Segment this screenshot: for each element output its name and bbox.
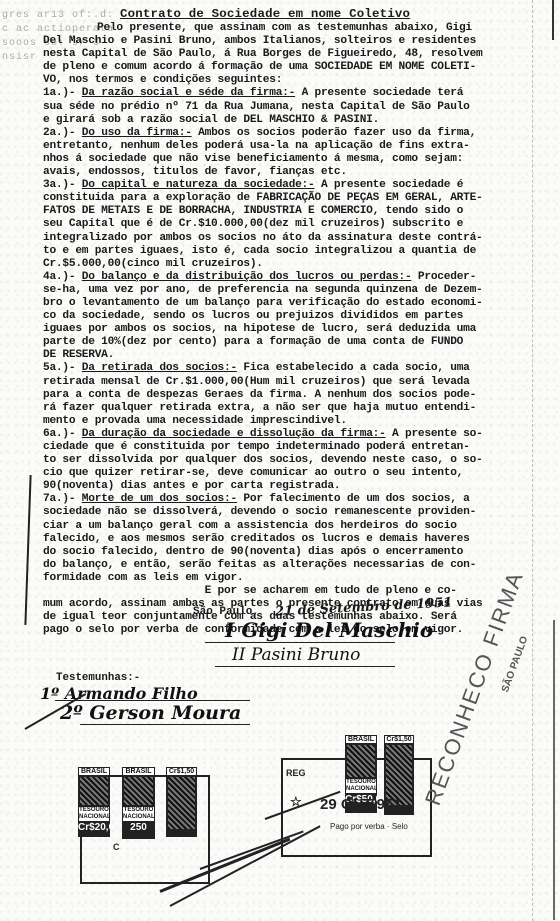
postmark-label: REG [286,768,306,778]
contract-line: 6a.)- Da duração da sociedade e dissoluç… [43,428,533,441]
page-edge-mark-bottom [553,620,557,920]
contract-line: entretanto, nenhum deles poderá usa-la n… [43,140,533,153]
contract-line: de pleno e comum acordo á formação de um… [43,61,533,74]
page-edge-mark [552,0,554,40]
contract-line: ciar a um balanço geral com a assistenci… [43,520,533,533]
contract-line: e girará sob a razão social de DEL MASCH… [43,114,533,127]
contract-line: ciedade que é constituida por tempo inde… [43,441,533,454]
signature-line [215,666,395,667]
contract-line: nesta Capital de São Paulo, á Rua Borges… [43,48,533,61]
contract-line: do socio falecido, dentro de 90(noventa)… [43,546,533,559]
bleed-through-text: gres ar13 of:.d: [2,10,114,21]
postmark-date: 29 OUT 951 [320,796,402,813]
signature-partner-2: II Pasini Bruno [232,645,360,665]
contract-line: nhos á sociedade que não vise beneficiam… [43,153,533,166]
contract-line: Pelo presente, que assinam com as testem… [43,22,533,35]
contract-line: co da sociedade, sendo os lucros ou prej… [43,310,533,323]
contract-line: bro o levantamento de um balanço para ve… [43,297,533,310]
contract-line: seu Capital que é de Cr.$10.000,00(dez m… [43,218,533,231]
contract-line: VO, nos termos e condições seguintes: [43,74,533,87]
contract-line: mento e provada uma necessidade impresci… [43,415,533,428]
contract-line: retirada mensal de Cr.$1.000,00(Hum mil … [43,376,533,389]
revenue-stamp: Cr$1,50 [166,767,197,837]
contract-line: se-ha, uma vez por ano, de preferencia n… [43,284,533,297]
contract-line: formidade com as leis em vigor. [43,572,533,585]
contract-body: Pelo presente, que assinam com as testem… [43,22,533,637]
signature-line [80,724,250,725]
contract-line: 3a.)- Do capital e natureza da sociedade… [43,179,533,192]
contract-line: FATOS DE METAIS E DE BORRACHA, INDUSTRIA… [43,205,533,218]
revenue-stamp: BRASIL TESOURO NACIONAL 250 [122,767,155,839]
place-label: São Paulo, [193,606,259,618]
witnesses-label: Testemunhas:- [56,672,140,684]
contract-line: 5a.)- Da retirada dos socios:- Fica esta… [43,362,533,375]
revenue-stamp: BRASIL TESOURO NACIONAL Cr$20,00 [78,767,110,837]
contract-line: 4a.)- Do balanço e da distribuição dos l… [43,271,533,284]
signature-line [205,642,395,643]
contract-line: iguaes por ambos os socios, na hipotese … [43,323,533,336]
contract-line: Del Maschio e Pasini Bruno, ambos Italia… [43,35,533,48]
contract-line: integralizado por ambos os socios no áto… [43,232,533,245]
document-title: Contrato de Sociedade em nome Coletivo [120,7,410,21]
contract-line: 1a.)- Da razão social e séde da firma:- … [43,87,533,100]
document-page: gres ar13 of:.d: c ac actioperata sooos … [0,0,560,921]
contract-line: do balanço, e então, serão feitas as alt… [43,559,533,572]
signature-partner-1: I Gigi Del Maschio [225,618,433,642]
contract-line: cio que quizer retirar-se, deve comunica… [43,467,533,480]
contract-line: Cr.$5.000,00(cinco mil cruzeiros). [43,258,533,271]
contract-line: 2a.)- Do uso da firma:- Ambos os socios … [43,127,533,140]
contract-line: 7a.)- Morte de um dos socios:- Por falec… [43,493,533,506]
bleed-through-text: nsisr [2,52,37,63]
contract-line: DE RESERVA. [43,349,533,362]
postmark-caption: Pago por verba · Selo [330,822,408,831]
margin-mark [24,475,31,625]
contract-line: sua séde no prédio nº 71 da Rua Jumana, … [43,101,533,114]
contract-line: sociedade não se dissolverá, devendo o s… [43,506,533,519]
signature-witness-2: 2º Gerson Moura [60,702,241,724]
contract-line: to e em partes iguaes, isto é, cada soci… [43,245,533,258]
contract-line: E por se acharem em tudo de pleno e co- [43,585,533,598]
contract-line: parte de 10%(dez por cento) para a forma… [43,336,533,349]
contract-line: rá fazer qualquer retirada extra, a não … [43,402,533,415]
postmark-letter: C [113,842,120,852]
contract-line: para a conta de despezas Geraes da firma… [43,389,533,402]
contract-line: constituida para a exploração de FABRICA… [43,192,533,205]
signature-line [55,700,250,701]
contract-line: falecido, e aos mesmos serão creditados … [43,533,533,546]
contract-line: 90(noventa) dias antes e por carta regis… [43,480,533,493]
contract-line: to ser dissolvida por qualquer dos socio… [43,454,533,467]
contract-line: avais, endossos, titulos de favor, fianç… [43,166,533,179]
